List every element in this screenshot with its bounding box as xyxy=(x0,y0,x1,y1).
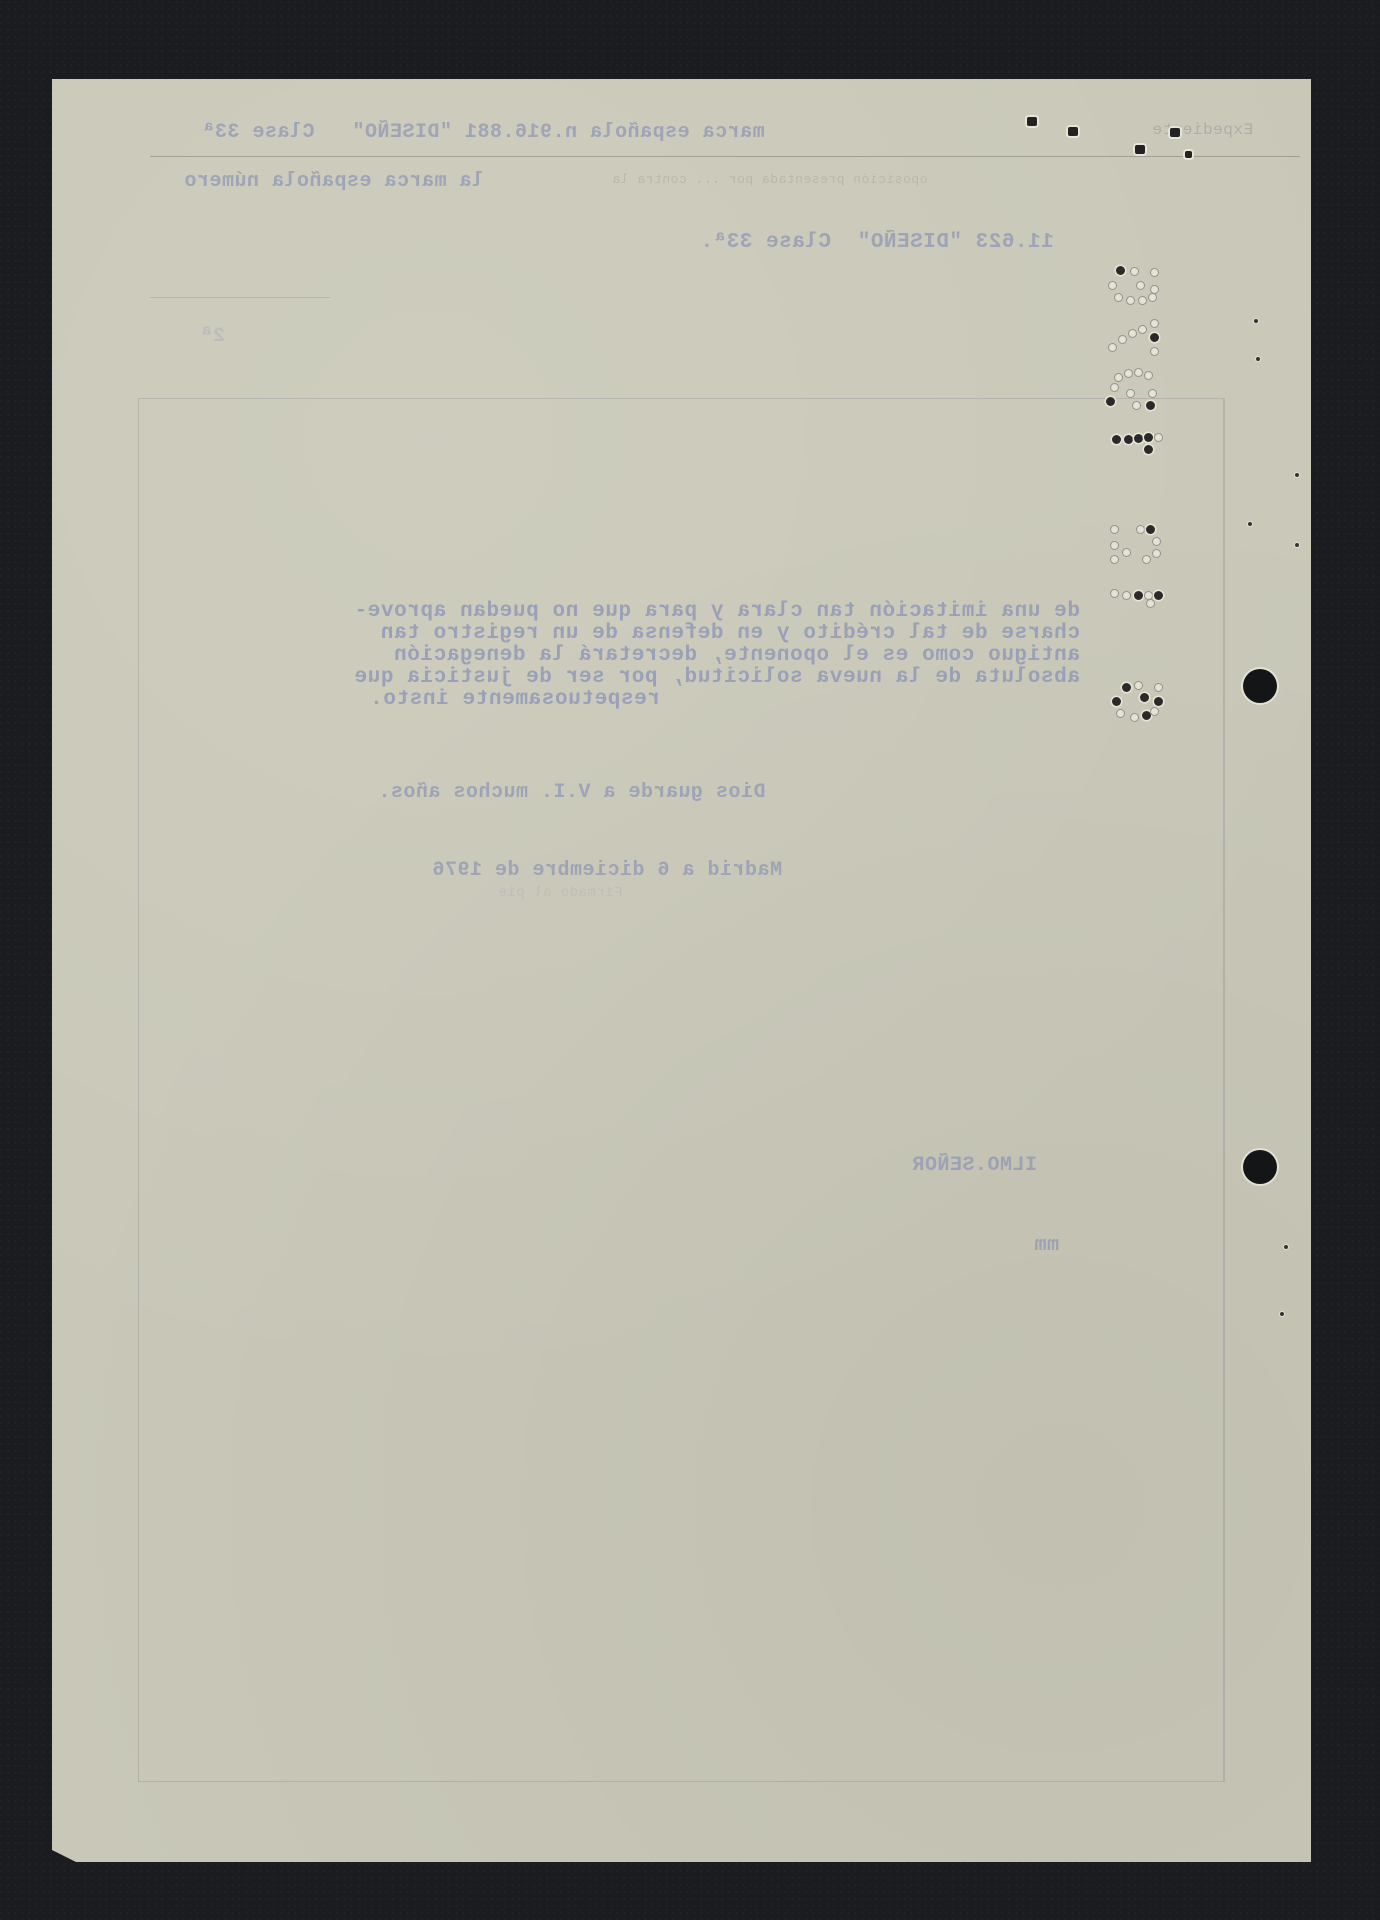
staple-mark xyxy=(1068,127,1078,136)
addressee: ILMO.SEÑOR xyxy=(912,1154,1037,1177)
body-line: antiguo como es el oponente, decretará l… xyxy=(210,645,1080,667)
body-paragraph: de una imitación tan clara y para que no… xyxy=(210,601,1080,711)
binder-punch-hole-bottom xyxy=(1243,1150,1277,1184)
pin-speck xyxy=(1284,1245,1288,1249)
pin-speck xyxy=(1295,473,1299,477)
pin-speck xyxy=(1280,1312,1284,1316)
header-rule-left-short xyxy=(150,297,330,298)
body-line: absoluta de la nueva solicitud, por ser … xyxy=(210,667,1080,689)
header-line-3: 11.623 "DISEÑO" Clase 33ª. xyxy=(700,231,1054,254)
closing-line: Dios guarde a V.I. muchos años. xyxy=(378,781,766,804)
header-line-2: la marca española número xyxy=(184,170,484,193)
staple-mark xyxy=(1170,128,1180,137)
header-rule-top xyxy=(150,156,1300,157)
pin-speck xyxy=(1295,543,1299,547)
header-subheader: oposición presentada por ... contra la xyxy=(612,172,927,187)
page-marker: 2ª xyxy=(200,325,225,348)
header-line-1: marca española n.916.881 "DISEÑO" Clase … xyxy=(202,121,765,144)
document-page: Expediente marca española n.916.881 "DIS… xyxy=(52,79,1311,1862)
expediente-label: Expediente xyxy=(1152,121,1253,139)
perforated-number-stamp xyxy=(1102,263,1172,733)
binder-punch-hole-top xyxy=(1243,669,1277,703)
body-line: respetuosamente insto. xyxy=(210,689,1080,711)
pin-speck xyxy=(1256,357,1260,361)
staple-mark xyxy=(1185,151,1192,158)
typist-initials: mm xyxy=(1034,1234,1059,1257)
body-line: charse de tal crédito y en defensa de un… xyxy=(210,623,1080,645)
pin-speck xyxy=(1254,319,1258,323)
pin-speck xyxy=(1248,522,1252,526)
staple-mark xyxy=(1027,117,1037,126)
body-line: de una imitación tan clara y para que no… xyxy=(210,601,1080,623)
date-line: Madrid a 6 diciembre de 1976 xyxy=(432,859,782,882)
faint-stamp: Firmado al pie xyxy=(498,885,623,901)
staple-mark xyxy=(1135,145,1145,154)
